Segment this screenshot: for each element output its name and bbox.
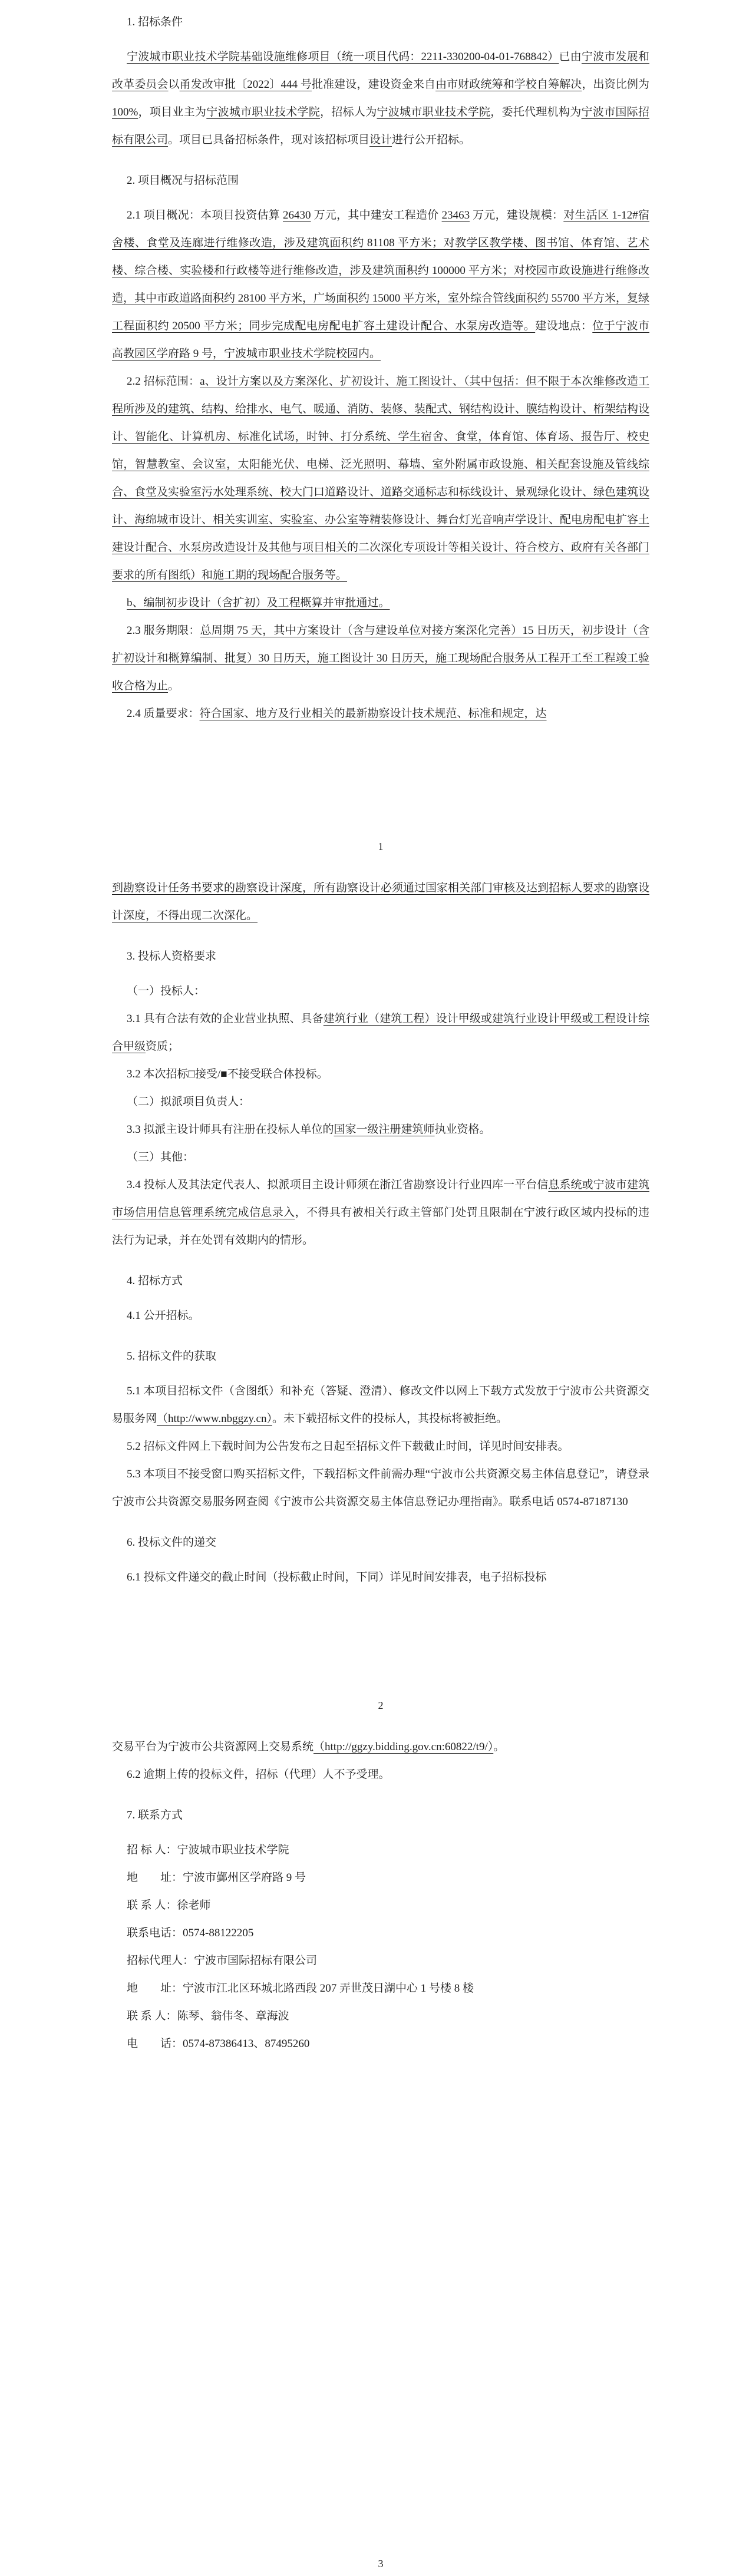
- para-6-2-late-submission: 6.2 逾期上传的投标文件，招标（代理）人不予受理。: [112, 1761, 649, 1788]
- contact-agent-address: 地 址：宁波市江北区环城北路西段 207 弄世茂日湖中心 1 号楼 8 楼: [112, 1975, 649, 2002]
- page-3: 交易平台为宁波市公共资源网上交易系统（http://ggzy.bidding.g…: [0, 1718, 736, 2576]
- underlined-text: （http://www.nbggzy.cn）: [157, 1413, 272, 1425]
- underlined-text: 由市财政统筹和学校自筹解决: [435, 78, 582, 91]
- underlined-text: 宁波城市职业技术学院: [206, 106, 320, 118]
- para-3-1-qualification: 3.1 具有合法有效的企业营业执照、具备建筑行业（建筑工程）设计甲级或建筑行业设…: [112, 1005, 649, 1060]
- page-number: 2: [112, 1699, 649, 1712]
- para-2-3-service-period: 2.3 服务期限：总周期 75 天，其中方案设计（含与建设单位对接方案深化完善）…: [112, 617, 649, 700]
- contact-agent: 招标代理人：宁波市国际招标有限公司: [112, 1947, 649, 1975]
- underlined-text: 甬发改审批〔2022〕444 号: [180, 78, 312, 91]
- underlined-text: 宁波城市职业技术学院: [377, 106, 491, 118]
- page-number: 3: [112, 2557, 649, 2570]
- underlined-text: 设计: [369, 134, 392, 146]
- para-4-1-open-tender: 4.1 公开招标。: [112, 1302, 649, 1330]
- para-2-4-quality-part2: 到勘察设计任务书要求的勘察设计深度，所有勘察设计必须通过国家相关部门审核及达到招…: [112, 874, 649, 930]
- section-3-heading: 3. 投标人资格要求: [112, 943, 649, 970]
- para-5-1-download: 5.1 本项目招标文件（含图纸）和补充（答疑、澄清）、修改文件以网上下载方式发放…: [112, 1377, 649, 1433]
- page-2: 到勘察设计任务书要求的勘察设计深度，所有勘察设计必须通过国家相关部门审核及达到招…: [0, 859, 736, 1718]
- contact-agent-phone: 电 话：0574-87386413、87495260: [112, 2030, 649, 2058]
- page-number: 1: [112, 840, 649, 853]
- para-3-2-consortium: 3.2 本次招标□接受/■不接受联合体投标。: [112, 1060, 649, 1088]
- section-2-heading: 2. 项目概况与招标范围: [112, 167, 649, 194]
- para-6-1-deadline-part1: 6.1 投标文件递交的截止时间（投标截止时间，下同）详见时间安排表，电子招标投标: [112, 1563, 649, 1591]
- underlined-text: （http://ggzy.bidding.gov.cn:60822/t9/）: [313, 1741, 493, 1753]
- para-6-1-deadline-part2: 交易平台为宁波市公共资源网上交易系统（http://ggzy.bidding.g…: [112, 1733, 649, 1761]
- section-7-heading: 7. 联系方式: [112, 1801, 649, 1829]
- underlined-text: 对生活区 1-12#宿舍楼、食堂及连廊进行维修改造，涉及建筑面积约 81108 …: [112, 209, 649, 332]
- underlined-text: 23463: [442, 209, 470, 221]
- tender-announcement-document: 1. 招标条件宁波城市职业技术学院基础设施维修项目（统一项目代码：2211-33…: [0, 0, 736, 2576]
- contact-tenderer-person: 联 系 人：徐老师: [112, 1892, 649, 1919]
- underlined-text: 26430: [283, 209, 311, 221]
- para-3-4-credit-record: 3.4 投标人及其法定代表人、拟派项目主设计师须在浙江省勘察设计行业四库一平台信…: [112, 1171, 649, 1254]
- contact-tenderer-address: 地 址：宁波市鄞州区学府路 9 号: [112, 1864, 649, 1892]
- page-1: 1. 招标条件宁波城市职业技术学院基础设施维修项目（统一项目代码：2211-33…: [0, 0, 736, 859]
- underlined-text: a、设计方案以及方案深化、扩初设计、施工图设计、（其中包括：但不限于本次维修改造…: [112, 375, 649, 581]
- para-5-3-registration: 5.3 本项目不接受窗口购买招标文件，下载招标文件前需办理“宁波市公共资源交易主…: [112, 1460, 649, 1516]
- underlined-text: 国家一级注册建筑师: [334, 1123, 435, 1136]
- para-2-2-item-b: b、编制初步设计（含扩初）及工程概算并审批通过。: [112, 589, 649, 617]
- para-tender-conditions: 宁波城市职业技术学院基础设施维修项目（统一项目代码：2211-330200-04…: [112, 43, 649, 154]
- para-3-leader-label: （二）拟派项目负责人：: [112, 1088, 649, 1116]
- underlined-text: 100%: [112, 106, 138, 118]
- underlined-text: 总周期 75 天，其中方案设计（含与建设单位对接方案深化完善）15 日历天，初步…: [112, 624, 649, 692]
- para-3-3-chief-designer: 3.3 拟派主设计师具有注册在投标人单位的国家一级注册建筑师执业资格。: [112, 1116, 649, 1143]
- para-5-2-download-time: 5.2 招标文件网上下载时间为公告发布之日起至招标文件下载截止时间，详见时间安排…: [112, 1433, 649, 1460]
- underlined-text: 到勘察设计任务书要求的勘察设计深度，所有勘察设计必须通过国家相关部门审核及达到招…: [112, 882, 649, 922]
- underlined-text: 息系统或宁波市建筑市场信用信息管理系统完成信息录入: [112, 1179, 649, 1219]
- para-2-2-scope: 2.2 招标范围：a、设计方案以及方案深化、扩初设计、施工图设计、（其中包括：但…: [112, 368, 649, 589]
- contact-agent-person: 联 系 人：陈琴、翁伟冬、章海波: [112, 2002, 649, 2030]
- para-3-other-label: （三）其他：: [112, 1143, 649, 1171]
- section-1-heading: 1. 招标条件: [112, 8, 649, 36]
- underlined-text: 宁波城市职业技术学院基础设施维修项目（统一项目代码：2211-330200-04…: [127, 51, 559, 63]
- para-2-1-overview: 2.1 项目概况：本项目投资估算 26430 万元，其中建安工程造价 23463…: [112, 201, 649, 368]
- section-6-heading: 6. 投标文件的递交: [112, 1529, 649, 1556]
- para-3-bidder-label: （一）投标人：: [112, 977, 649, 1005]
- section-5-heading: 5. 招标文件的获取: [112, 1342, 649, 1370]
- underlined-text: 符合国家、地方及行业相关的最新勘察设计技术规范、标准和规定，达: [200, 707, 547, 720]
- underlined-text: 建筑行业（建筑工程）设计甲级或建筑行业设计甲级或工程设计综合甲级: [112, 1013, 649, 1053]
- underlined-text: b、编制初步设计（含扩初）及工程概算并审批通过。: [127, 597, 390, 609]
- contact-tenderer-phone: 联系电话：0574-88122205: [112, 1919, 649, 1947]
- para-2-4-quality-part1: 2.4 质量要求：符合国家、地方及行业相关的最新勘察设计技术规范、标准和规定，达: [112, 700, 649, 728]
- contact-tenderer: 招 标 人：宁波城市职业技术学院: [112, 1836, 649, 1864]
- section-4-heading: 4. 招标方式: [112, 1267, 649, 1295]
